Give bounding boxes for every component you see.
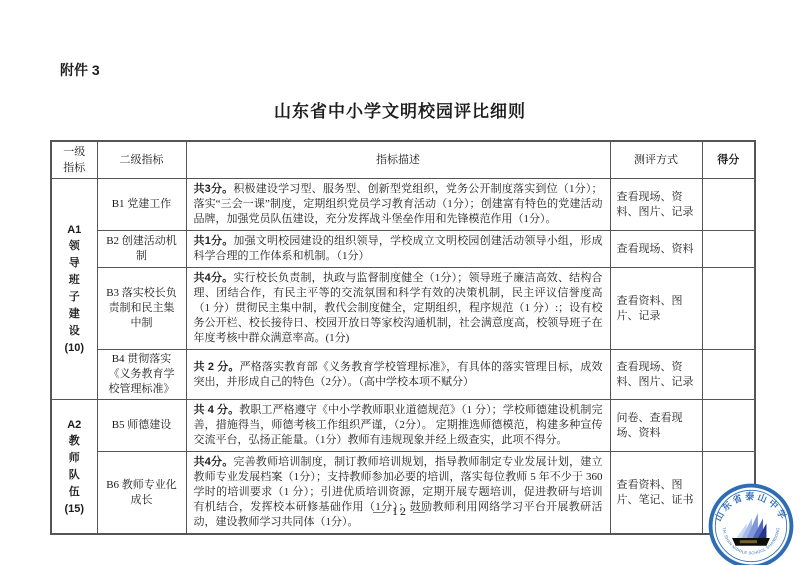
document-page: 附件 3 山东省中小学文明校园评比细则 一级指标 二级指标 指标描述 测评方式 … [0, 0, 800, 565]
group-points: (10) [56, 340, 93, 356]
table-row: A1 领导班子建设 (10) B1 党建工作 共3分。积极建设学习型、服务型、创… [51, 179, 755, 231]
indicator-description-cell: 共4分。实行校长负责制，执政与监督制度健全（1分）；领导班子廉洁高效、结构合理、… [186, 268, 610, 350]
level2-indicator-cell: B5 师德建设 [97, 400, 186, 452]
page-title: 山东省中小学文明校园评比细则 [0, 97, 800, 122]
rubric-table: 一级指标 二级指标 指标描述 测评方式 得分 A1 领导班子建设 (10) B1… [50, 140, 756, 535]
evaluation-method-cell: 查看资料、图片、笔记、证书 [610, 452, 702, 535]
indicator-description-cell: 共4分。完善教师培训制度，制订教师培训规划，指导教师制定专业发展计划，建立教师专… [186, 452, 610, 535]
indicator-description-cell: 共1分。加强文明校园建设的组织领导，学校成立文明校园创建活动领导小组，形成科学合… [186, 231, 610, 268]
level2-indicator-cell: B1 党建工作 [97, 179, 186, 231]
level1-indicator-cell: A1 领导班子建设 (10) [51, 179, 97, 400]
table-row: B3 落实校长负责制和民主集中制 共4分。实行校长负责制，执政与监督制度健全（1… [51, 268, 755, 350]
table-row: B4 贯彻落实《义务教育学校管理标准》 共 2 分。严格落实教育部《义务教育学校… [51, 350, 755, 400]
evaluation-method-cell: 查看资料、图片、记录 [610, 268, 702, 350]
attachment-label: 附件 3 [60, 60, 100, 80]
group-code: A1 [56, 222, 93, 238]
school-seal-logo: 山东省泰山中学 TAI SHAN MIDDLE SCHOOL SHANDONG [708, 483, 794, 565]
evaluation-method-cell: 问卷、查看现场、资料 [610, 400, 702, 452]
table-row: B6 教师专业化成长 共4分。完善教师培训制度，制订教师培训规划，指导教师制定专… [51, 452, 755, 535]
points-total: 共 4 分。 [194, 404, 240, 416]
score-cell [702, 231, 755, 268]
evaluation-method-cell: 查看现场、资料 [610, 231, 702, 268]
indicator-description-cell: 共3分。积极建设学习型、服务型、创新型党组织，党务公开制度落实到位（1分）；落实… [186, 179, 610, 231]
table-row: B2 创建活动机制 共1分。加强文明校园建设的组织领导，学校成立文明校园创建活动… [51, 231, 755, 268]
points-total: 共1分。 [194, 235, 234, 247]
level2-indicator-cell: B4 贯彻落实《义务教育学校管理标准》 [97, 350, 186, 400]
header-row: 一级指标 二级指标 指标描述 测评方式 得分 [51, 141, 755, 179]
header-score: 得分 [702, 141, 755, 179]
description-text: 严格落实教育部《义务教育学校管理标准》，有具体的落实管理目标，成效突出，并形成自… [194, 361, 603, 388]
points-total: 共3分。 [194, 183, 234, 195]
score-cell [702, 400, 755, 452]
level2-indicator-cell: B6 教师专业化成长 [97, 452, 186, 535]
level2-indicator-cell: B2 创建活动机制 [97, 231, 186, 268]
points-total: 共 2 分。 [194, 361, 240, 373]
indicator-description-cell: 共 4 分。教职工严格遵守《中小学教师职业道德规范》（1 分）；学校师德建设机制… [186, 400, 610, 452]
description-text: 积极建设学习型、服务型、创新型党组织，党务公开制度落实到位（1分）；落实“三会一… [194, 183, 603, 225]
indicator-description-cell: 共 2 分。严格落实教育部《义务教育学校管理标准》，有具体的落实管理目标，成效突… [186, 350, 610, 400]
points-total: 共4分。 [194, 456, 234, 468]
score-cell [702, 268, 755, 350]
score-cell [702, 179, 755, 231]
header-description: 指标描述 [186, 141, 610, 179]
page-number: — 12 — [0, 504, 800, 519]
rubric-table-wrap: 一级指标 二级指标 指标描述 测评方式 得分 A1 领导班子建设 (10) B1… [50, 140, 754, 535]
group-name: 教师队伍 [68, 433, 81, 501]
description-text: 教职工严格遵守《中小学教师职业道德规范》（1 分）；学校师德建设机制完善，措施得… [194, 404, 603, 446]
header-level1: 一级指标 [51, 141, 97, 179]
header-level2: 二级指标 [97, 141, 186, 179]
description-text: 实行校长负责制，执政与监督制度健全（1分）；领导班子廉洁高效、结构合理、团结合作… [194, 272, 603, 344]
description-text: 加强文明校园建设的组织领导，学校成立文明校园创建活动领导小组，形成科学合理的工作… [194, 235, 603, 262]
evaluation-method-cell: 查看现场、资料、图片、记录 [610, 179, 702, 231]
table-row: A2 教师队伍 (15) B5 师德建设 共 4 分。教职工严格遵守《中小学教师… [51, 400, 755, 452]
group-code: A2 [56, 417, 93, 433]
header-method: 测评方式 [610, 141, 702, 179]
level2-indicator-cell: B3 落实校长负责制和民主集中制 [97, 268, 186, 350]
score-cell [702, 350, 755, 400]
points-total: 共4分。 [194, 272, 234, 284]
group-name: 领导班子建设 [68, 238, 81, 340]
evaluation-method-cell: 查看现场、资料、图片、记录 [610, 350, 702, 400]
base-text-mark [740, 540, 757, 543]
